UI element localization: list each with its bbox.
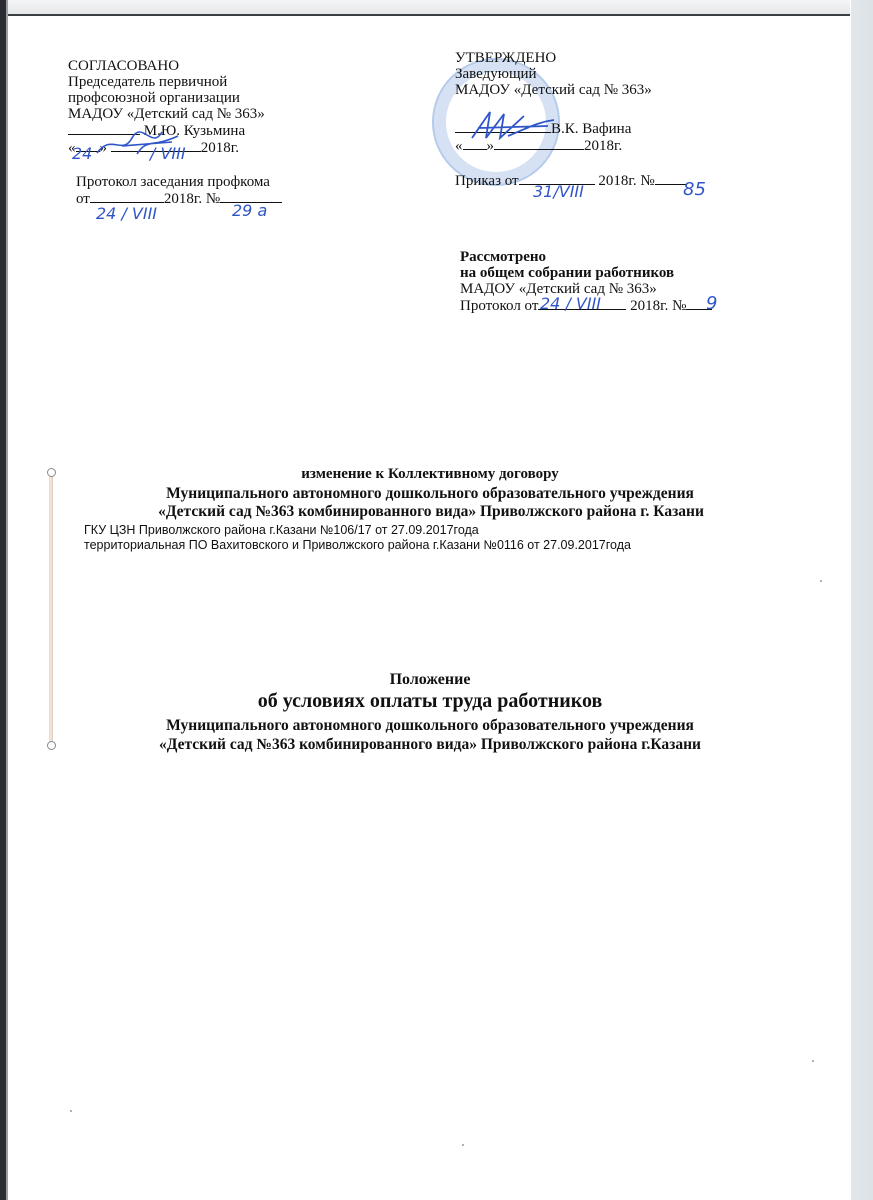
handwritten-day-left: 24	[72, 146, 92, 162]
regulation-line4: «Детский сад №363 комбинированного вида»…	[120, 736, 740, 754]
scan-left-edge-shadow	[6, 0, 8, 1200]
amendment-line3: «Детский сад №363 комбинированного вида»…	[106, 503, 756, 521]
reviewed-handwritten-number: 9	[706, 296, 717, 312]
binding-hole-top	[47, 468, 56, 477]
approval-left-heading: СОГЛАСОВАНО	[68, 58, 282, 74]
quote-open-right: «	[455, 138, 463, 154]
protocol-from: от	[76, 191, 90, 207]
scan-top-edge	[0, 0, 850, 16]
order-handwritten-date: 31/VIII	[533, 184, 584, 200]
approval-left-line2: профсоюзной организации	[68, 90, 282, 106]
registration-line2: территориальная ПО Вахитовского и Привол…	[84, 538, 631, 552]
reviewed-year: 2018г. №	[630, 298, 686, 314]
protocol-handwritten-number-left: 29 а	[232, 203, 267, 219]
protocol-handwritten-date-left: 24 / VIII	[96, 206, 157, 222]
approval-left-year: 2018г.	[201, 140, 239, 156]
scan-speck	[820, 580, 822, 582]
order-year: 2018г. №	[598, 173, 654, 189]
approval-left-line1: Председатель первичной	[68, 74, 282, 90]
regulation-line1: Положение	[330, 671, 530, 689]
scan-speck	[70, 1110, 72, 1112]
scan-speck	[812, 1060, 814, 1062]
amendment-line2: Муниципального автономного дошкольного о…	[110, 485, 750, 503]
approval-right-year: 2018г.	[584, 138, 622, 154]
scan-right-edge	[851, 0, 873, 1200]
protocol-date-blank	[90, 190, 164, 203]
approval-right-line2: МАДОУ «Детский сад № 363»	[455, 82, 687, 98]
amendment-line1: изменение к Коллективному договору	[260, 466, 600, 483]
approval-left-protocol-label: Протокол заседания профкома	[68, 174, 282, 190]
approval-right-line1: Заведующий	[455, 66, 687, 82]
order-number-blank	[655, 172, 687, 185]
order-label: Приказ от	[455, 173, 519, 189]
reviewed-handwritten-date: 24 / VIII	[540, 296, 601, 312]
reviewed-line1: Рассмотрено	[460, 249, 712, 265]
handwritten-month-left: / VIII	[150, 146, 186, 162]
binding-thread	[49, 472, 53, 744]
protocol-year: 2018г. №	[164, 191, 220, 207]
approval-right-signer: В.К. Вафина	[551, 121, 631, 137]
scan-speck	[462, 1144, 464, 1146]
reviewed-protocol-label: Протокол от	[460, 298, 538, 314]
registration-line1: ГКУ ЦЗН Приволжского района г.Казани №10…	[84, 523, 479, 537]
reviewed-line2: на общем собрании работников	[460, 265, 712, 281]
order-handwritten-number: 85	[683, 182, 706, 198]
regulation-line2: об условиях оплаты труда работников	[190, 690, 670, 713]
approval-left-line3: МАДОУ «Детский сад № 363»	[68, 106, 282, 122]
binding-hole-bottom	[47, 741, 56, 750]
vafina-signature	[468, 108, 558, 142]
regulation-line3: Муниципального автономного дошкольного о…	[120, 717, 740, 735]
approval-right-heading: УТВЕРЖДЕНО	[455, 50, 687, 66]
